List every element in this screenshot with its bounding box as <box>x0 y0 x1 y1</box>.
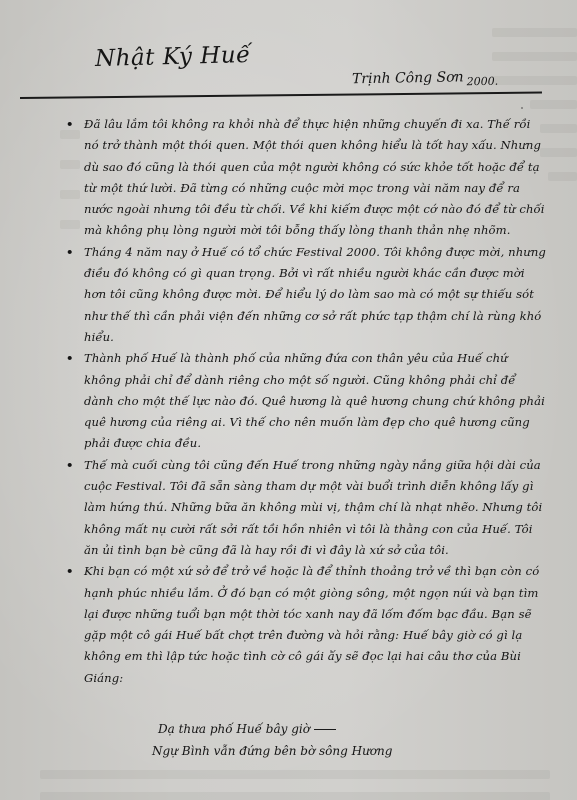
year: 2000. <box>467 75 499 89</box>
author-signature: Trịnh Công Sơn2000. <box>352 69 498 88</box>
paper-speck <box>330 650 332 652</box>
paragraph-text: Thành phố Huế là thành phố của những đứa… <box>84 351 545 450</box>
diary-title: Nhật Ký Huế <box>95 42 251 72</box>
paragraph-3: • Thành phố Huế là thành phố của những đ… <box>78 348 548 454</box>
dash-mark <box>314 729 336 730</box>
paragraph-text: Đã lâu lắm tôi không ra khỏi nhà để thực… <box>84 117 545 237</box>
bullet-icon: • <box>66 114 74 135</box>
scanned-page: Nhật Ký Huế Trịnh Công Sơn2000. • Đã lâu… <box>0 0 577 800</box>
poem-quote: Dạ thưa phố Huế bây giờ Ngự Bình vẫn đứn… <box>152 718 392 762</box>
author-name: Trịnh Công Sơn <box>352 69 464 87</box>
paragraph-text: Khi bạn có một xứ sở để trở về hoặc là đ… <box>84 564 539 684</box>
bullet-icon: • <box>66 561 74 582</box>
bullet-icon: • <box>66 348 74 369</box>
bullet-icon: • <box>66 242 74 263</box>
paragraph-text: Tháng 4 năm nay ở Huế có tổ chức Festiva… <box>84 245 546 344</box>
paragraph-4: • Thế mà cuối cùng tôi cũng đến Huế tron… <box>78 455 548 561</box>
paragraph-1: • Đã lâu lắm tôi không ra khỏi nhà để th… <box>78 114 548 242</box>
header-rule <box>20 92 542 99</box>
diary-body: • Đã lâu lắm tôi không ra khỏi nhà để th… <box>78 114 548 689</box>
paragraph-5: • Khi bạn có một xứ sở để trở về hoặc là… <box>78 561 548 689</box>
poem-line-2: Ngự Bình vẫn đứng bên bờ sông Hương <box>152 740 392 762</box>
poem-line-1-text: Dạ thưa phố Huế bây giờ <box>158 722 310 736</box>
bullet-icon: • <box>66 455 74 476</box>
paragraph-2: • Tháng 4 năm nay ở Huế có tổ chức Festi… <box>78 242 548 348</box>
poem-line-1: Dạ thưa phố Huế bây giờ <box>152 718 392 740</box>
paragraph-text: Thế mà cuối cùng tôi cũng đến Huế trong … <box>84 458 542 557</box>
paper-speck <box>521 107 523 109</box>
